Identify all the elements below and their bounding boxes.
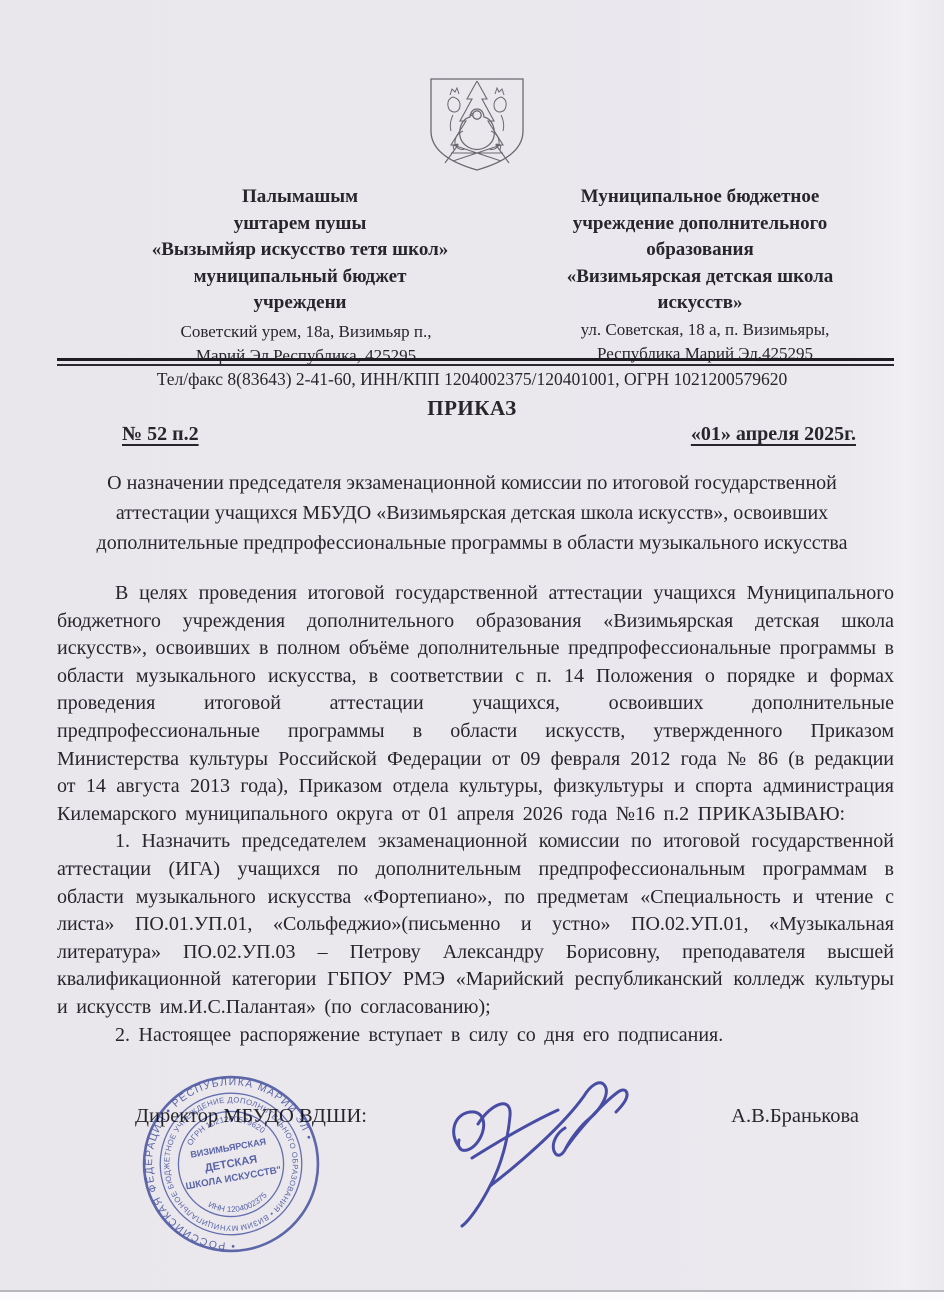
contact-line: Тел/факс 8(83643) 2-41-60, ИНН/КПП 12040… bbox=[0, 369, 944, 390]
coat-of-arms-icon bbox=[423, 75, 531, 175]
org-name-russian: Муниципальное бюджетное учреждение допол… bbox=[500, 184, 900, 317]
org-name-mari: Палымашым уштарем пушы «Вызымйяр искусст… bbox=[92, 184, 508, 317]
order-body: В целях проведения итоговой государствен… bbox=[57, 580, 894, 1049]
order-number: № 52 п.2 bbox=[122, 423, 199, 446]
order-subject: О назначении председателя экзаменационно… bbox=[60, 468, 884, 558]
official-stamp: • РОССИЙСКАЯ ФЕДЕРАЦИЯ • РЕСПУБЛИКА МАРИ… bbox=[126, 1059, 337, 1270]
order-date: «01» апреля 2025г. bbox=[691, 423, 856, 446]
page-bottom-edge bbox=[0, 1290, 944, 1300]
order-number-date-row: № 52 п.2 «01» апреля 2025г. bbox=[0, 423, 944, 446]
handwritten-signature bbox=[432, 1068, 672, 1263]
header-divider-rule bbox=[57, 358, 894, 366]
signature-name: А.В.Бранькова bbox=[731, 1105, 859, 1128]
order-item-2: 2. Настоящее распоряжение вступает в сил… bbox=[57, 1022, 894, 1050]
document-page: Палымашым уштарем пушы «Вызымйяр искусст… bbox=[0, 0, 944, 1300]
order-title: ПРИКАЗ bbox=[0, 396, 944, 421]
order-preamble-paragraph: В целях проведения итоговой государствен… bbox=[57, 580, 894, 828]
order-item-1: 1. Назначить председателем экзаменационн… bbox=[57, 828, 894, 1021]
